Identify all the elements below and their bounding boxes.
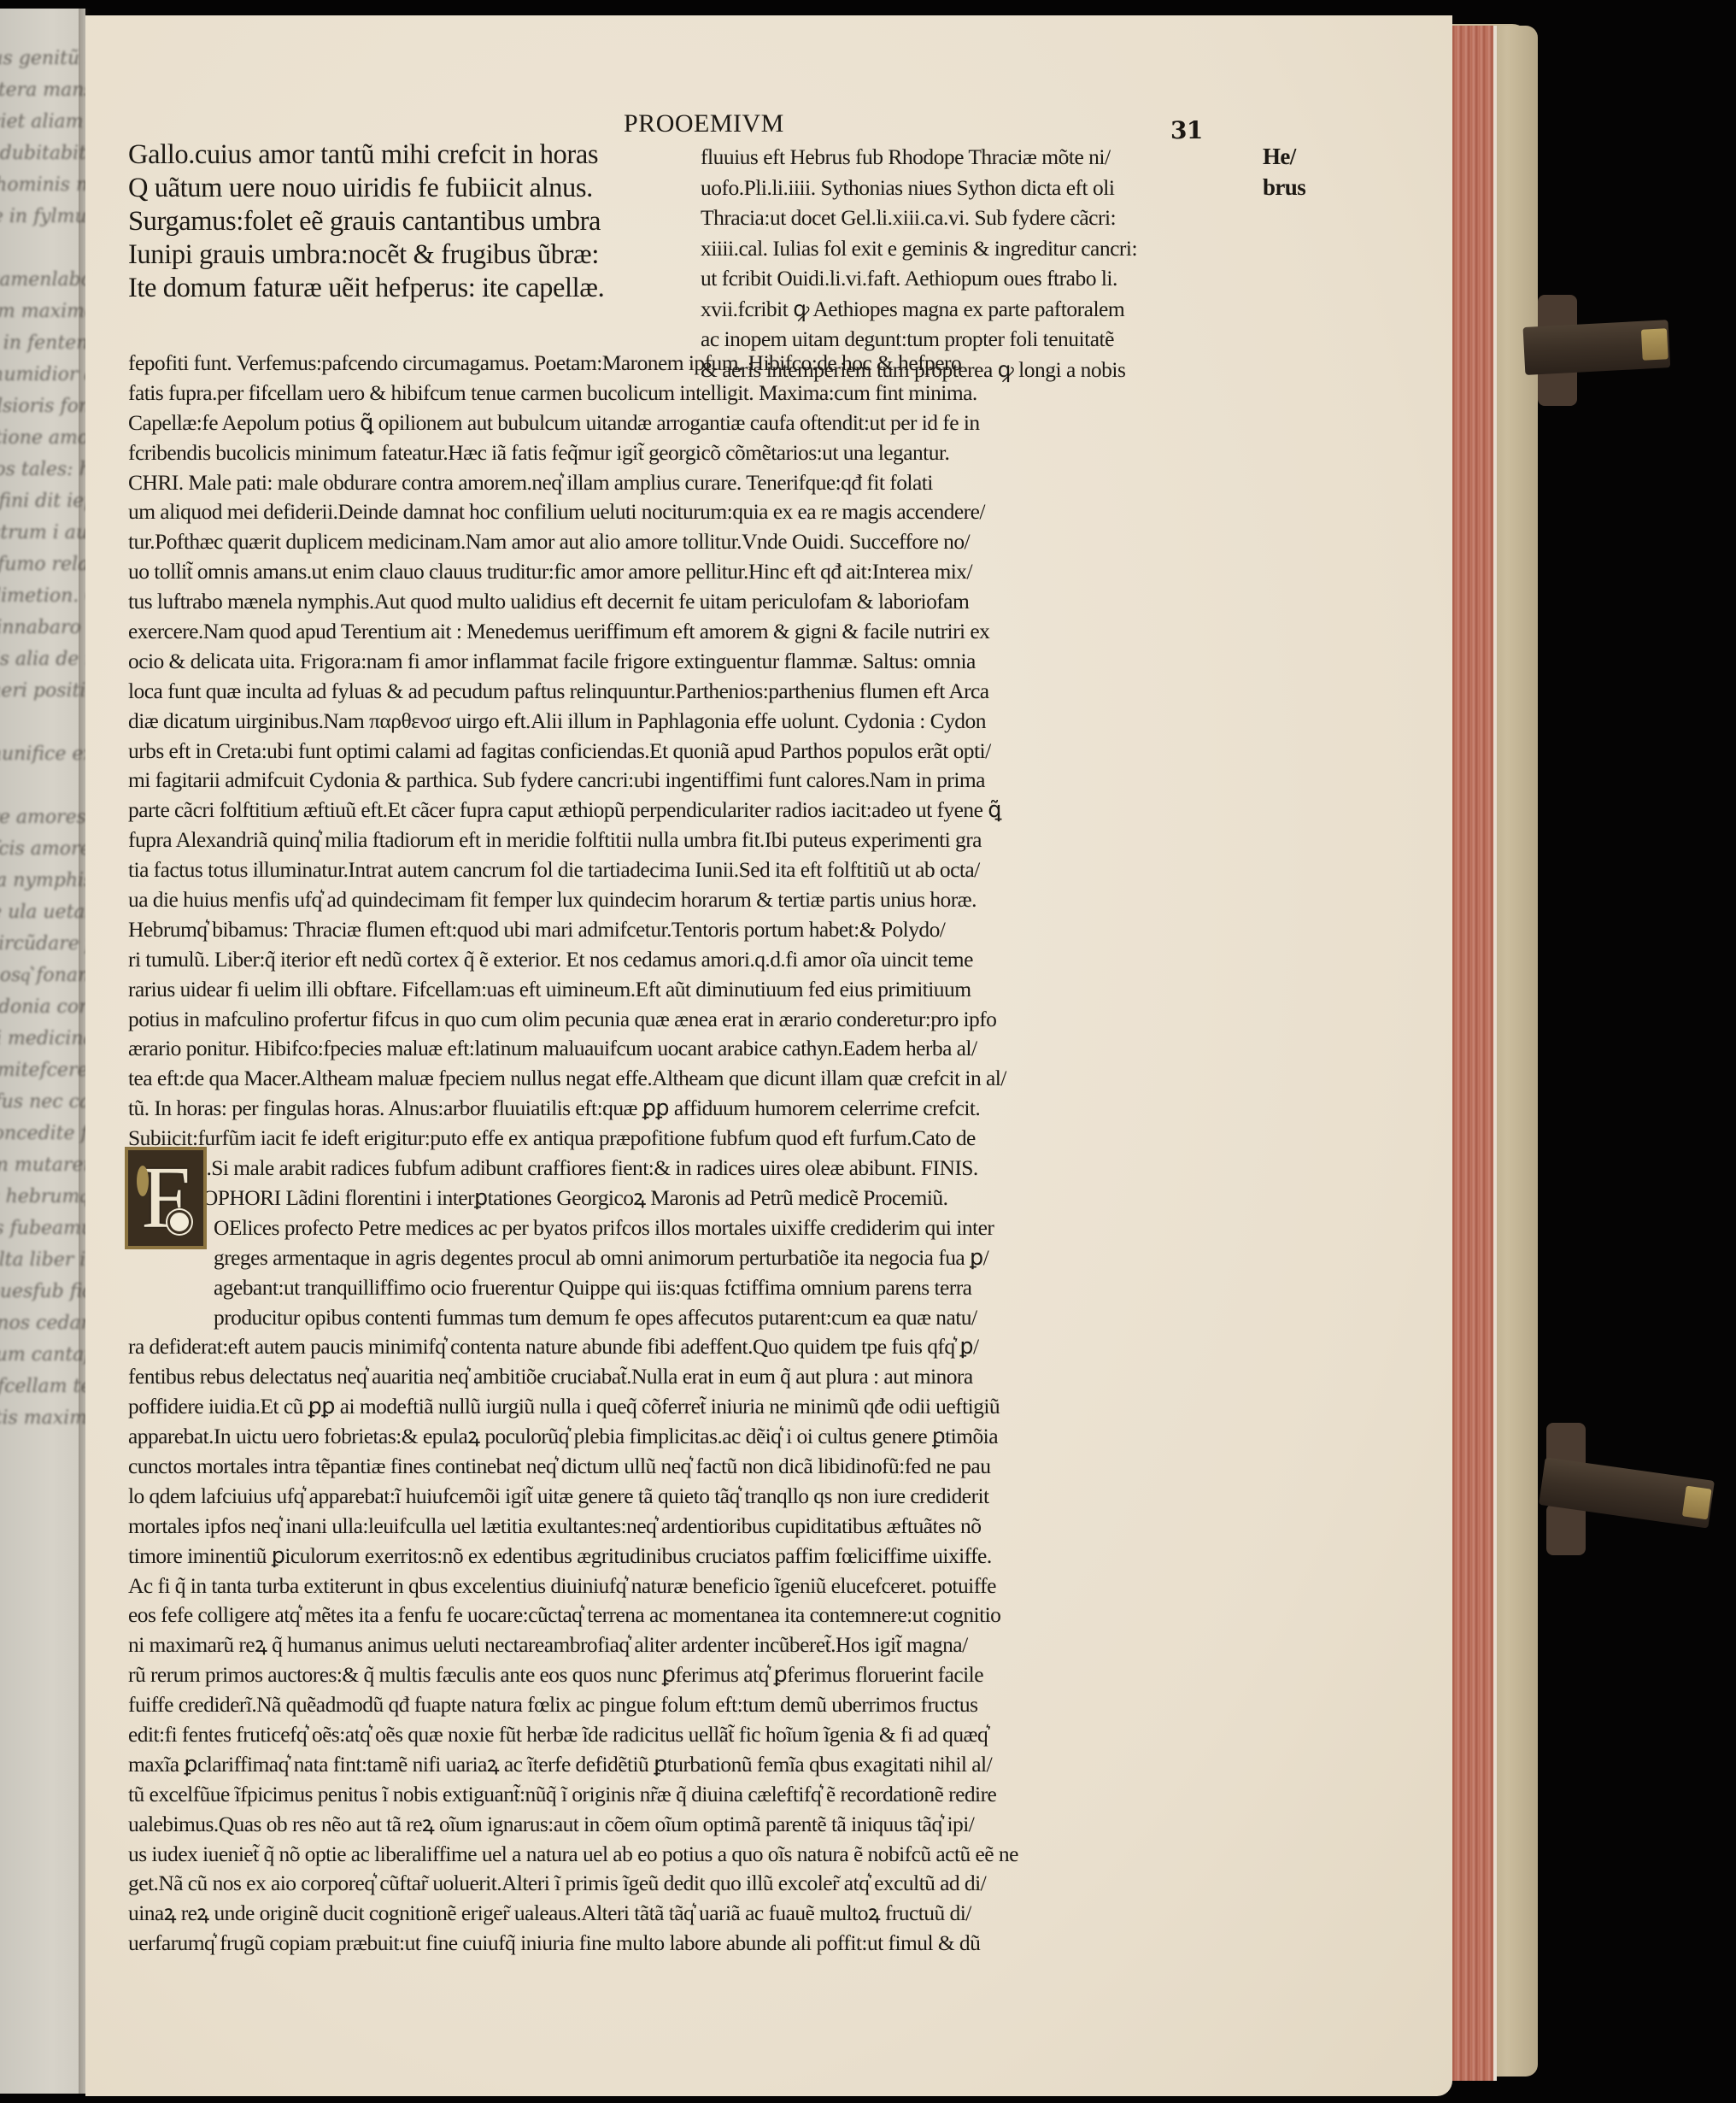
left-page-line: fium mitefcere difcat bbox=[0, 1054, 85, 1086]
body-line: greges armentaque in agris degentes proc… bbox=[128, 1243, 1018, 1273]
verse-line: Ite domum faturæ uẽit hefperus: ite cape… bbox=[128, 272, 604, 305]
body-line: edit:fi fentes fruticefq͛ oẽs:atq͛ oẽs q… bbox=[128, 1720, 1018, 1750]
brass-clasp-tab bbox=[1682, 1486, 1712, 1520]
left-page-line: ucrefcis amores bbox=[0, 833, 85, 865]
brass-clasp-tab bbox=[1641, 328, 1669, 361]
left-page-line bbox=[0, 707, 85, 738]
left-page-line: amicos tales: hoc bbox=[0, 454, 85, 485]
commentary-line: diæ dicatum uirginibus.Nam παρθενοσ uirg… bbox=[128, 707, 1018, 737]
commentary-line: um aliquod mei defiderii.Deinde damnat h… bbox=[128, 497, 1018, 527]
commentary-line: exercere.Nam quod apud Terentium ait : M… bbox=[128, 617, 1018, 647]
left-page-line bbox=[0, 770, 85, 802]
decorated-initial: F bbox=[125, 1147, 207, 1249]
body-line: eos fefe colligere atq͛ mẽtes ita a fenf… bbox=[128, 1601, 1018, 1630]
body-line: producitur opibus contenti fummas tum de… bbox=[128, 1303, 1018, 1333]
verse-line: Iunipi grauis umbra:nocẽt & frugibus ũbr… bbox=[128, 238, 604, 272]
body-line: uinaꝝ reꝝ unde originẽ ducit cognitionẽ … bbox=[128, 1899, 1018, 1929]
verse-line: Q uãtum uere nouo uiridis fe fubiicit al… bbox=[128, 172, 604, 205]
left-page-line: finis hominis multa bbox=[0, 169, 85, 201]
left-page-line: metum maximo eorum prod bbox=[0, 296, 85, 327]
left-page-line: ius concedite filuæ, bis bbox=[0, 1118, 85, 1149]
commentary-line: ri tumulũ. Liber:q̃ iterior eft nedũ cor… bbox=[128, 945, 1018, 975]
margin-note-line: He/ bbox=[1263, 141, 1305, 172]
left-page-line: yemis fubeamus aquofæ bbox=[0, 1213, 85, 1244]
commentary-line: fupra Alexandriã quinq͛ milia ftadiorum … bbox=[128, 825, 1018, 855]
left-page-line: noftri medicina furoris bbox=[0, 1023, 85, 1054]
commentary-line: re agraria.Si male arabit radices fubfum… bbox=[128, 1154, 1018, 1184]
upper-clasp bbox=[1523, 320, 1671, 375]
gloss-line: Thracia:ut docet Gel.li.xiii.ca.vi. Sub … bbox=[701, 203, 1137, 233]
commentary-line: Subiicit:furfũm iacit fe ideft erigitur:… bbox=[128, 1124, 1018, 1154]
margin-note: He/ brus bbox=[1263, 141, 1305, 203]
left-page-line: s rurfus nec carmina bbox=[0, 1086, 85, 1118]
commentary-line: ærario ponitur. Hibifco:fpecies maluæ ef… bbox=[128, 1034, 1018, 1064]
commentary-line: potius in mafculino profertur fifcus in … bbox=[128, 1005, 1018, 1035]
left-page-line: arthaosq͛ fonantes bbox=[0, 960, 85, 991]
left-page-line: ens alta liber in ulmo bbox=[0, 1244, 85, 1276]
commentary-line: loca funt quæ inculta ad fyluas & ad pec… bbox=[128, 677, 1018, 707]
left-page-line: ministrum i autem bbox=[0, 517, 85, 549]
commentary-line: urbs eft in Creta:ubi funt optimi calami… bbox=[128, 737, 1018, 767]
commentary-block: fepofiti funt. Verfemus:pafcendo circuma… bbox=[128, 349, 1018, 1959]
body-line: apparebat.In uictu uero fobrietas:& epul… bbox=[128, 1422, 1018, 1452]
commentary-line: ocio & delicata uita. Frigora:nam fi amo… bbox=[128, 647, 1018, 677]
body-line: agebant:ut tranquilliffimo ocio fruerent… bbox=[128, 1273, 1018, 1303]
body-line: us iudex iueniet̃ q̃ nõ optie ac liberal… bbox=[128, 1840, 1018, 1870]
left-page-line: tulo humidior amnis in bbox=[0, 359, 85, 391]
commentary-line: CHRISTOPHORI Lãdini florentini i interꝑt… bbox=[128, 1184, 1018, 1213]
commentary-line: fatis fupra.per fifcellam uero & hibifcu… bbox=[128, 379, 1018, 408]
body-line: fentibus rebus delectatus neq͛ auaritia … bbox=[128, 1362, 1018, 1392]
clasp-anchor bbox=[1546, 1504, 1586, 1555]
verse-line: Surgamus:folet eẽ grauis cantantibus umb… bbox=[128, 205, 604, 238]
body-line: cunctos mortales intra tẽpantiæ fines co… bbox=[128, 1452, 1018, 1482]
commentary-line: Capellæ:fe Aepolum potius ꝗ̃ opilionem a… bbox=[128, 408, 1018, 438]
left-page-line: ceffit in fententiam. Se bbox=[0, 327, 85, 359]
commentary-line: fcribendis bucolicis minimum fateatur.Hæ… bbox=[128, 438, 1018, 468]
left-page-line: tu me in fylmusque alcem bbox=[0, 201, 85, 232]
leaf-ornament-icon bbox=[137, 1166, 149, 1196]
left-page-line: sufficiet aliam ramenta bbox=[0, 106, 85, 138]
left-page-line: offiam mutaremus bbox=[0, 1149, 85, 1181]
body-line: ualebimus.Quas ob res nẽo aut tã reꝝ oĩu… bbox=[128, 1810, 1018, 1840]
commentary-line: tur.Pofthæc quærit duplicem medicinam.Na… bbox=[128, 527, 1018, 557]
left-page-line: et in fumo relatio bbox=[0, 549, 85, 580]
left-facing-page: ndibus genitũ nec frudasic altera mansit… bbox=[0, 9, 85, 2094]
body-line: poffidere iuidia.Et cũ ꝑꝑ ai modeftiã nu… bbox=[128, 1392, 1018, 1422]
left-page-line: ous circũdare faltus, bbox=[0, 928, 85, 960]
commentary-line: fepofiti funt. Verfemus:pafcendo circuma… bbox=[128, 349, 1018, 379]
commentary-line: Hebrumq͛ bibamus: Thraciæ flumen eft:quo… bbox=[128, 915, 1018, 945]
left-page-line: tall cinnabaro appela bbox=[0, 612, 85, 643]
left-page-line: emoueri positione bbox=[0, 675, 85, 707]
body-line: OElices profecto Petre medices ac per by… bbox=[128, 1213, 1018, 1243]
commentary-line: tus luftrabo mænela nymphis.Aut quod mul… bbox=[128, 587, 1018, 617]
left-page-line: tali: tamenlaborantes. Calor bbox=[0, 264, 85, 296]
body-line: lo qdem lafciuius ufq͛ apparebat:ĩ huiuf… bbox=[128, 1482, 1018, 1512]
body-line: tũ excelfũue ĩfpicimus penitus ĩ nobis e… bbox=[128, 1780, 1018, 1810]
left-page-line: e. Pulsioris fontis fors bbox=[0, 391, 85, 422]
gloss-line: ut fcribit Ouidi.li.vi.faft. Aethiopum o… bbox=[701, 263, 1137, 294]
commentary-line: parte cãcri folftitium æftiuũ eft.Et cãc… bbox=[128, 796, 1018, 825]
commentary-line: CHRI. Male pati: male obdurare contra am… bbox=[128, 468, 1018, 498]
body-line: Ac fi q̃ in tanta turba extiterunt in qb… bbox=[128, 1571, 1018, 1601]
commentary-line: uo tollit̃ omnis amans.ut enim clauo cla… bbox=[128, 557, 1018, 587]
gloss-line: fluuius eft Hebrus fub Rhodope Thraciæ m… bbox=[701, 142, 1137, 173]
body-line: ra defiderat:eft autem paucis minimifq͛ … bbox=[128, 1332, 1018, 1362]
body-line: timore iminentiũ ꝑiculorum exerritos:nõ … bbox=[128, 1542, 1018, 1571]
left-page-line: emallimetion. Qui bbox=[0, 580, 85, 612]
verse-block: Gallo.cuius amor tantũ mihi crefcit in h… bbox=[128, 138, 604, 305]
body-line: maxĩa ꝑclariffimaq͛ nata fint:tamẽ nifi … bbox=[128, 1750, 1018, 1780]
margin-note-line: brus bbox=[1263, 172, 1305, 203]
body-line: uerfarumq͛ frugũ copiam præbuit:ut fine … bbox=[128, 1929, 1018, 1959]
commentary-line: tia factus totus illuminatur.Intrat aute… bbox=[128, 855, 1018, 885]
body-line: rũ rerum primos auctores:& q̃ multis fæc… bbox=[128, 1660, 1018, 1690]
commentary-line: rarius uidear fi uelim illi obftare. Fif… bbox=[128, 975, 1018, 1005]
commentary-line: ua die huius menfis ufq͛ ad quindecimam … bbox=[128, 885, 1018, 915]
left-page-line: haec dubitabit aere bbox=[0, 138, 85, 169]
left-page-line: ni me ula uetabũt: bbox=[0, 896, 85, 928]
left-page-line: ncit. nos cedamus amori bbox=[0, 1307, 85, 1339]
folio-number: 31 bbox=[1170, 116, 1203, 144]
left-page-line: nmala nymphis: bbox=[0, 865, 85, 896]
left-page-line: Multis alia de mino bbox=[0, 643, 85, 675]
left-page-line: facietis maxima gallo bbox=[0, 1402, 85, 1434]
commentary-line: mi fagitarii admifcuit Cydonia & parthic… bbox=[128, 766, 1018, 796]
left-page-line: nus ouesfub fidere cancri bbox=[0, 1276, 85, 1307]
left-page-line: sic altera mansit longa bbox=[0, 74, 85, 106]
left-page-line: ueftrum cantaffe poetam bbox=[0, 1339, 85, 1371]
running-head: PROOEMIVM bbox=[624, 109, 784, 138]
verse-line: Gallo.cuius amor tantũ mihi crefcit in h… bbox=[128, 138, 604, 172]
commentary-line: tea eft:de qua Macer.Altheam maluæ fpeci… bbox=[128, 1064, 1018, 1094]
gloss-line: xiiii.cal. Iulias fol exit e geminis & i… bbox=[701, 233, 1137, 264]
body-line: mortales ipfos neq͛ inani ulla:leuifcull… bbox=[128, 1512, 1018, 1542]
commentary-line: tũ. In horas: per fingulas horas. Alnus:… bbox=[128, 1094, 1018, 1124]
left-page-text: ndibus genitũ nec frudasic altera mansit… bbox=[0, 9, 85, 1434]
body-line: fuiffe crediderĩ.Nã quẽadmodũ qđ fuapte … bbox=[128, 1690, 1018, 1720]
left-page-line: plicatione amoris bbox=[0, 422, 85, 454]
left-page-line: mo munifice expoimit, bbox=[0, 738, 85, 770]
left-page-line: ae cydonia cornu bbox=[0, 991, 85, 1023]
body-line: ni maximarũ reꝝ q̃ humanus animus ueluti… bbox=[128, 1630, 1018, 1660]
left-page-line: ubi fifcellam texit hibifco bbox=[0, 1371, 85, 1402]
flower-ornament-icon bbox=[167, 1210, 191, 1234]
gloss-line: uofo.Pli.li.iiii. Sythonias niues Sython… bbox=[701, 173, 1137, 203]
left-page-line bbox=[0, 232, 85, 264]
left-page-line: edius hebrumq͛ bibamus bbox=[0, 1181, 85, 1213]
left-page-line: uidere amores. bbox=[0, 802, 85, 833]
gloss-line: xvii.fcribit ꝙ Aethiopes magna ex parte … bbox=[701, 294, 1137, 325]
left-page-line: ndibus genitũ nec fruda bbox=[0, 43, 85, 74]
left-page-line: fulta fini dit iepon bbox=[0, 485, 85, 517]
body-line: get.Nã cũ nos ex aio corporeq͛ cũftar̃ u… bbox=[128, 1869, 1018, 1899]
